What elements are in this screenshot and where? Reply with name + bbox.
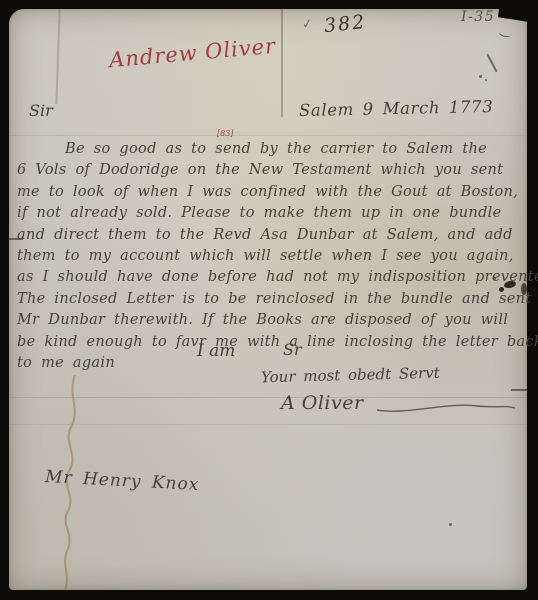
signature-flourish (377, 401, 517, 417)
signature: A Oliver (281, 392, 364, 414)
speck-2 (479, 75, 482, 78)
body-line: Be so good as to send by the carrier to … (17, 139, 521, 160)
body-line: me to look of when I was confined with t… (17, 182, 521, 203)
body-line: be kind enough to favr me with a line in… (17, 332, 521, 353)
catalog-code-tick: ‿ (499, 22, 512, 38)
photo-frame: ✓ 382 I-35 ‿ Andrew Oliver [83] Sir Sale… (0, 0, 538, 600)
speck-3 (485, 79, 487, 81)
fold-crease-upper (9, 135, 527, 136)
speck-4 (449, 523, 452, 526)
salutation: Sir (29, 101, 53, 120)
torn-corner (498, 0, 536, 23)
tear-top-center (281, 9, 283, 117)
closing-sr: Sr (283, 340, 302, 359)
body-line: Mr Dunbar therewith. If the Books are di… (17, 310, 521, 331)
checkmark-icon: ✓ (301, 16, 314, 32)
page-marker: [83] (217, 129, 233, 138)
edge-dash-right (511, 389, 527, 391)
body-line: and direct them to the Revd Asa Dunbar a… (17, 225, 521, 246)
catalog-code: I-35 (461, 9, 495, 25)
body-line: 6 Vols of Dodoridge on the New Testament… (17, 160, 521, 181)
letter-paper: ✓ 382 I-35 ‿ Andrew Oliver [83] Sir Sale… (9, 9, 527, 590)
pencil-stroke-top-right (486, 54, 497, 73)
red-name-annotation: Andrew Oliver (108, 34, 277, 72)
body-line: The inclosed Letter is to be reinclosed … (17, 289, 521, 310)
dateline: Salem 9 March 1773 (299, 97, 494, 120)
body-line: them to my account which will settle whe… (17, 246, 521, 267)
valediction: Your most obedt Servt (261, 364, 440, 387)
body-line: if not already sold. Please to make them… (17, 203, 521, 224)
body-line: as I should have done before had not my … (17, 267, 521, 288)
letter-body: Be so good as to send by the carrier to … (17, 139, 521, 374)
collection-number: 382 (323, 11, 367, 37)
closing-i-am: I am (197, 341, 235, 361)
crease-top-left (55, 9, 60, 104)
